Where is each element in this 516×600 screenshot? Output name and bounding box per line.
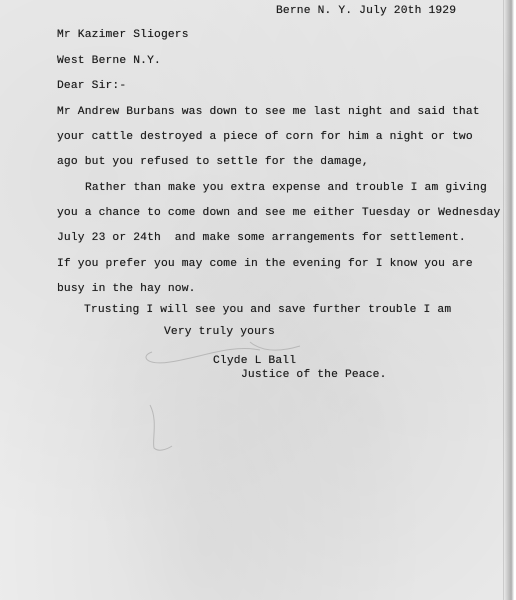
body-line: If you prefer you may come in the evenin…	[57, 258, 473, 270]
body-line: Rather than make you extra expense and t…	[85, 182, 487, 194]
closing: Very truly yours	[164, 326, 275, 338]
salutation: Dear Sir:-	[57, 80, 126, 92]
signer-title: Justice of the Peace.	[241, 369, 387, 381]
body-line: Trusting I will see you and save further…	[84, 304, 451, 316]
recipient-address: West Berne N.Y.	[57, 55, 161, 67]
recipient-name: Mr Kazimer Sliogers	[57, 29, 189, 41]
letter-page: Berne N. Y. July 20th 1929 Mr Kazimer Sl…	[0, 0, 516, 600]
body-line: you a chance to come down and see me eit…	[57, 207, 500, 219]
body-line: busy in the hay now.	[57, 283, 196, 295]
signer-name: Clyde L Ball	[213, 355, 296, 367]
body-line: July 23 or 24th and make some arrangemen…	[57, 232, 466, 244]
letter-dateline: Berne N. Y. July 20th 1929	[276, 5, 456, 17]
body-line: ago but you refused to settle for the da…	[57, 156, 369, 168]
body-line: your cattle destroyed a piece of corn fo…	[57, 131, 473, 143]
body-line: Mr Andrew Burbans was down to see me las…	[57, 106, 480, 118]
